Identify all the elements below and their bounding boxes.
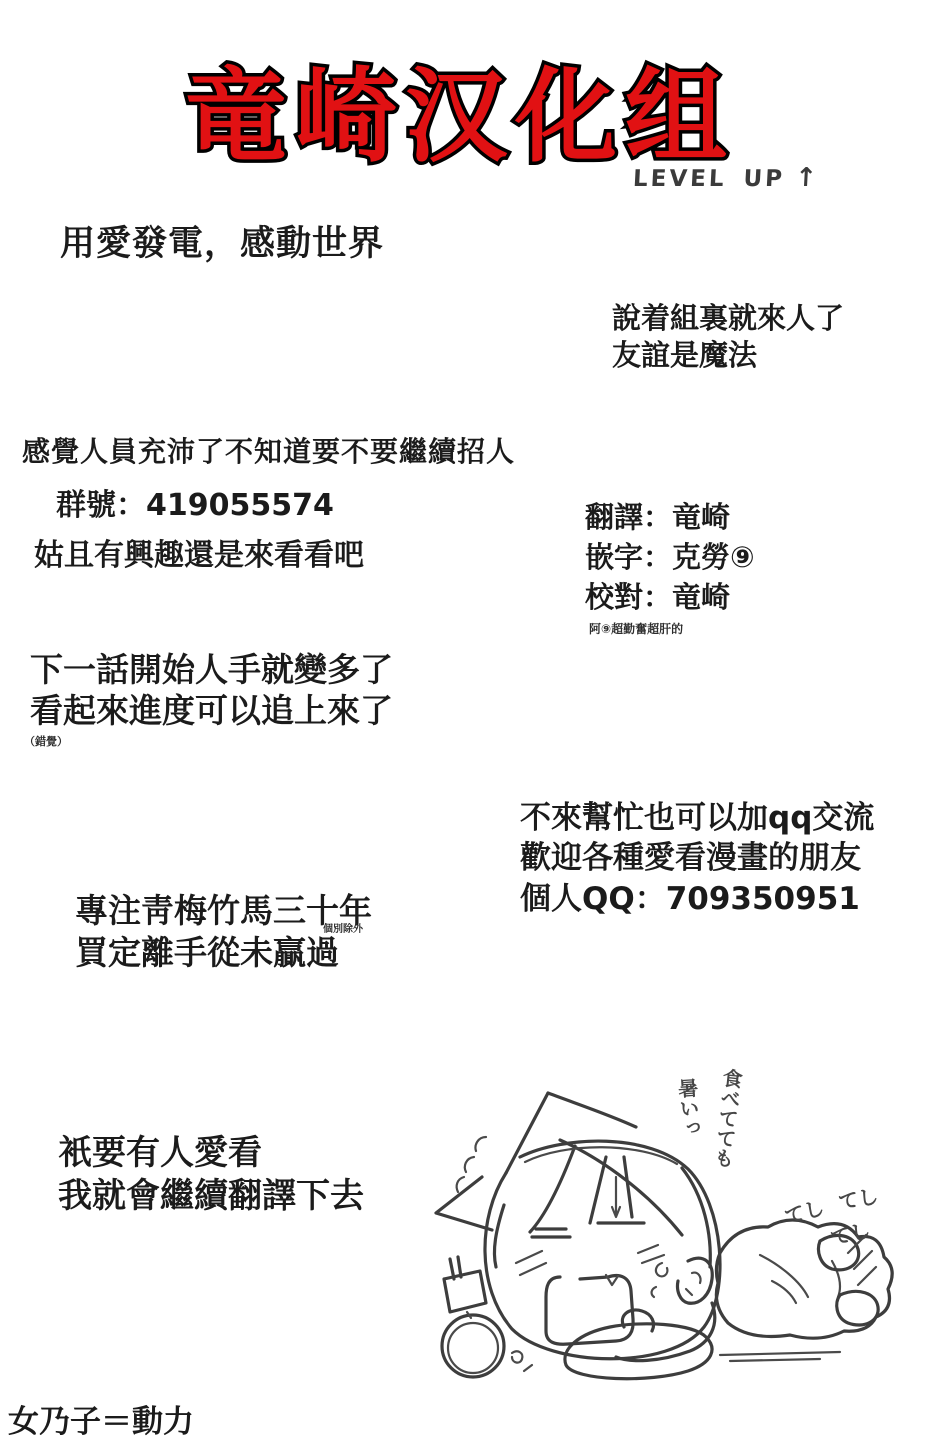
- credit-typesetter: 嵌字：克勞⑨: [585, 537, 755, 577]
- qq-line2: 歡迎各種愛看漫畫的朋友: [520, 838, 874, 878]
- members-joined-note: 說着組裏就來人了 友誼是魔法: [612, 300, 844, 374]
- recruit-note: 感覺人員充沛了不知道要不要繼續招人 群號：419055574 姑且有興趣還是來看…: [22, 430, 515, 574]
- chibi-face: [516, 1157, 664, 1344]
- chibi-hair: [436, 1093, 710, 1267]
- chibi-arm: [565, 1303, 715, 1379]
- progress-line2: 看起來進度可以追上來了: [30, 691, 393, 732]
- progress-footnote: （錯覺）: [24, 735, 393, 749]
- ground-line: [720, 1352, 840, 1361]
- qq-line1: 不來幫忙也可以加qq交流: [520, 798, 874, 838]
- chibi-feet: [819, 1235, 879, 1325]
- credit-translator: 翻譯：竜崎: [585, 497, 755, 537]
- promise-line2: 我就會繼續翻譯下去: [58, 1175, 364, 1218]
- personal-qq-number: 個人QQ：709350951: [520, 879, 874, 919]
- recruit-line1: 感覺人員充沛了不知道要不要繼續招人: [22, 430, 515, 470]
- sketch-sfx-2: てし: [836, 1180, 880, 1215]
- qq-contact-note: 不來幫忙也可以加qq交流 歡迎各種愛看漫畫的朋友 個人QQ：709350951: [520, 798, 874, 919]
- credit-proofreader: 校對：竜崎: [585, 577, 755, 617]
- bet-line2: 買定離手從未贏過: [75, 932, 372, 974]
- slogan: 用愛發電，感動世界: [60, 216, 384, 266]
- credits-footnote: 阿⑨超勤奮超肝的: [589, 621, 755, 638]
- progress-line1: 下一話開始人手就變多了: [30, 650, 393, 691]
- group-number: 群號：419055574: [56, 480, 515, 524]
- staff-credits: 翻譯：竜崎 嵌字：克勞⑨ 校對：竜崎 阿⑨超勤奮超肝的: [585, 497, 755, 638]
- group-title: 竜崎汉化组: [185, 57, 735, 177]
- members-joined-line1: 說着組裏就來人了: [612, 300, 844, 337]
- sketch-caption-col2: 暑いっ: [672, 1077, 705, 1139]
- childhood-friend-note: 專注靑梅竹馬三十年 個別除外 買定離手從未贏過: [75, 890, 372, 974]
- recruit-line3: 姑且有興趣還是來看看吧: [34, 530, 515, 574]
- level-up-text: LEVEL UP: [632, 166, 785, 192]
- level-up-caption: LEVEL UP↑: [632, 163, 817, 193]
- promise-note: 衹要有人愛看 我就會繼續翻譯下去: [58, 1132, 364, 1218]
- chibi-ear: [677, 1258, 712, 1303]
- scanlation-credits-page: 竜崎汉化组 LEVEL UP↑ 用愛發電，感動世界 說着組裏就來人了 友誼是魔法…: [0, 0, 929, 1447]
- promise-line1: 衹要有人愛看: [58, 1132, 364, 1175]
- bet-footnote: 個別除外: [323, 924, 363, 937]
- up-arrow-icon: ↑: [794, 163, 817, 193]
- chibi-sketch: [415, 1062, 920, 1447]
- motivation-footer: 女乃子＝動力: [8, 1396, 194, 1441]
- progress-note: 下一話開始人手就變多了 看起來進度可以追上來了 （錯覺）: [30, 650, 393, 748]
- members-joined-line2: 友誼是魔法: [612, 337, 844, 374]
